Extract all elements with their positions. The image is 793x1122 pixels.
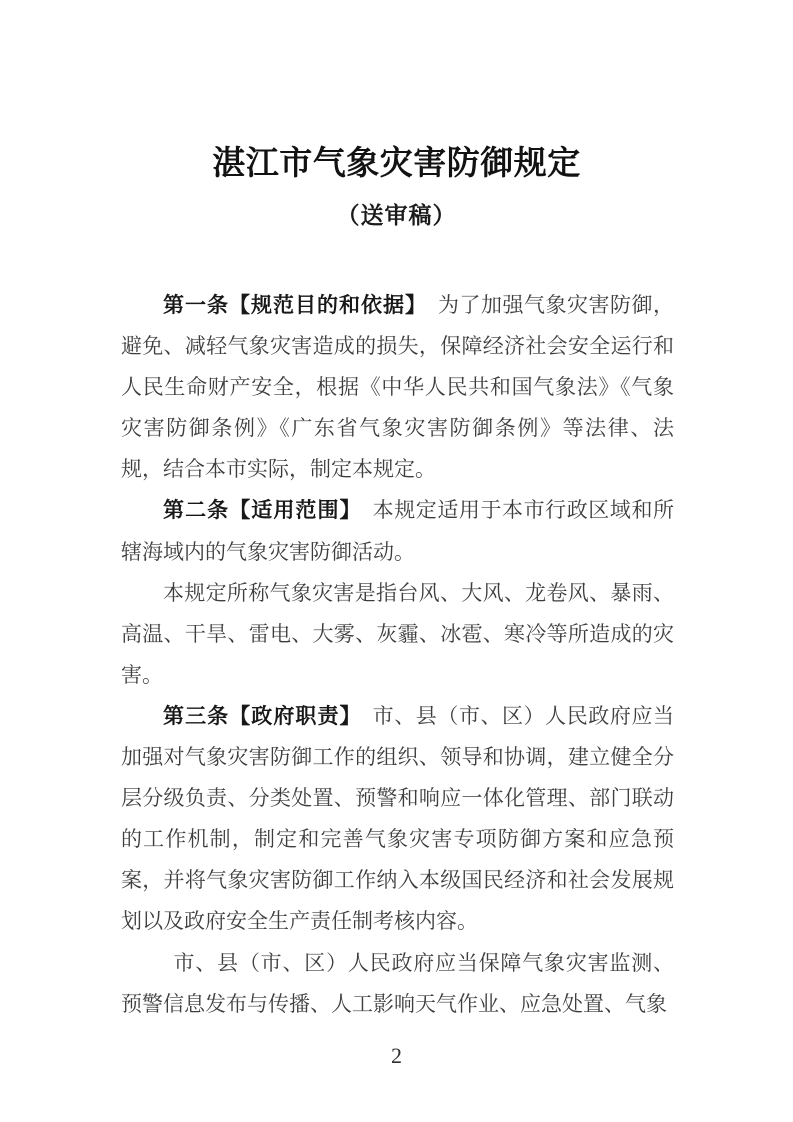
article-1-heading: 第一条【规范目的和依据】 (163, 294, 417, 317)
paragraph-article-2-continued: 本规定所称气象灾害是指台风、大风、龙卷风、暴雨、高温、干旱、雷电、大雾、灰霾、冰… (121, 573, 674, 696)
page-number: 2 (0, 1044, 793, 1068)
article-1-text: 为了加强气象灾害防御，避免、减轻气象灾害造成的损失，保障经济社会安全运行和人民生… (121, 293, 674, 481)
document-title: 湛江市气象灾害防御规定 (0, 147, 793, 183)
article-2-heading: 第二条【适用范围】 (163, 499, 351, 522)
article-3-second-clause-text: 市、县（市、区）人民政府应当保障气象灾害监测、预警信息发布与传播、人工影响天气作… (121, 951, 674, 1016)
article-2-definition-text: 本规定所称气象灾害是指台风、大风、龙卷风、暴雨、高温、干旱、雷电、大雾、灰霾、冰… (121, 581, 674, 687)
article-3-heading: 第三条【政府职责】 (163, 705, 351, 728)
paragraph-article-1: 第一条【规范目的和依据】 为了加强气象灾害防御，避免、减轻气象灾害造成的损失，保… (121, 285, 674, 490)
document-subtitle: （送审稿） (0, 203, 793, 228)
paragraph-article-3-continued: 市、县（市、区）人民政府应当保障气象灾害监测、预警信息发布与传播、人工影响天气作… (121, 943, 674, 1025)
paragraph-article-2: 第二条【适用范围】 本规定适用于本市行政区域和所辖海域内的气象灾害防御活动。 (121, 490, 674, 572)
document-page: 湛江市气象灾害防御规定 （送审稿） 第一条【规范目的和依据】 为了加强气象灾害防… (0, 0, 793, 1122)
paragraph-article-3: 第三条【政府职责】 市、县（市、区）人民政府应当加强对气象灾害防御工作的组织、领… (121, 696, 674, 943)
document-body: 第一条【规范目的和依据】 为了加强气象灾害防御，避免、减轻气象灾害造成的损失，保… (121, 285, 674, 1025)
article-3-text: 市、县（市、区）人民政府应当加强对气象灾害防御工作的组织、领导和协调，建立健全分… (121, 704, 674, 933)
